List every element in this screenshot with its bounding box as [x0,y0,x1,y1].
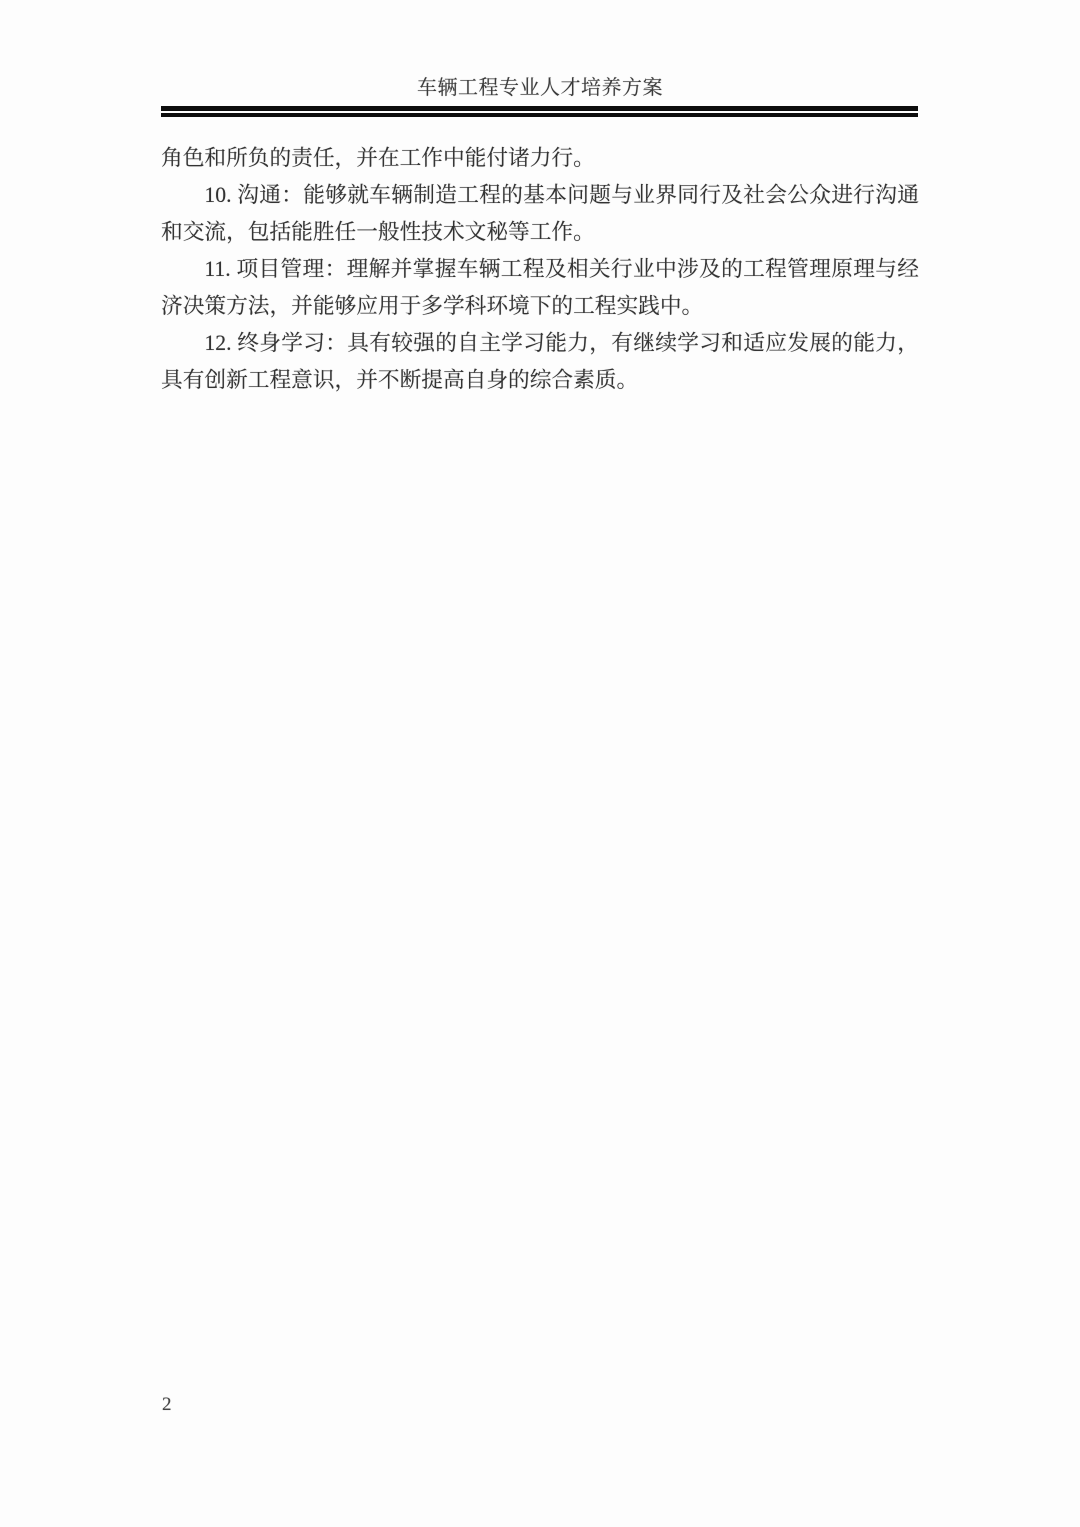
header-rule [161,106,918,117]
document-page: 车辆工程专业人才培养方案 角色和所负的责任，并在工作中能付诸力行。 10. 沟通… [0,0,1080,1527]
header-rule-bottom-line [161,113,918,117]
header-title: 车辆工程专业人才培养方案 [0,71,1080,100]
page-number: 2 [162,1394,172,1416]
header-rule-top-line [161,106,918,111]
paragraph-item-11-project-management: 11. 项目管理：理解并掌握车辆工程及相关行业中涉及的工程管理原理与经济决策方法… [161,251,919,325]
paragraph-item-12-lifelong-learning: 12. 终身学习：具有较强的自主学习能力，有继续学习和适应发展的能力，具有创新工… [161,325,919,399]
paragraph-continuation: 角色和所负的责任，并在工作中能付诸力行。 [161,140,919,177]
document-body: 角色和所负的责任，并在工作中能付诸力行。 10. 沟通：能够就车辆制造工程的基本… [161,140,919,399]
paragraph-item-10-communication: 10. 沟通：能够就车辆制造工程的基本问题与业界同行及社会公众进行沟通和交流，包… [161,177,919,251]
